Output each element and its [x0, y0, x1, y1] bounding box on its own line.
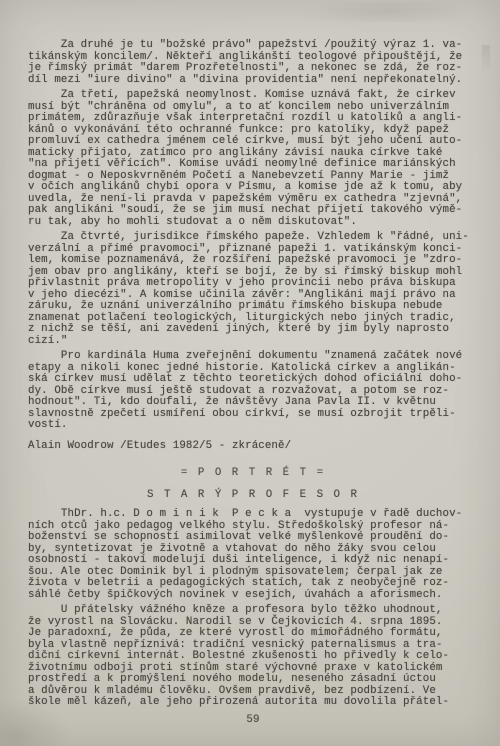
- text-column: Za druhé je tu "božské právo" papežství …: [28, 40, 478, 726]
- paragraph-cardinal-hume: Pro kardinála Huma zveřejnění dokumentu …: [28, 351, 478, 432]
- scan-smudge: [290, 2, 480, 22]
- scan-smudge: [482, 45, 490, 75]
- section-title: S T A R Ý P R O F E S O R: [28, 490, 478, 502]
- paragraph-divine-right: Za druhé je tu "božské právo" papežství …: [28, 40, 478, 86]
- scanned-page: Za druhé je tu "božské právo" papežství …: [0, 0, 500, 746]
- page-number: 59: [28, 715, 478, 727]
- paragraph-pecka-intro: ThDr. h.c. D o m i n i k P e c k a vystu…: [28, 509, 478, 601]
- paragraph-jurisdiction: Za čtvrté, jurisdikce římského papeže. V…: [28, 232, 478, 347]
- paragraph-infallibility: Za třetí, papežská neomylnost. Komise uz…: [28, 90, 478, 228]
- source-byline: Alain Woodrow /Etudes 1982/5 - zkráceně/: [28, 441, 478, 453]
- paragraph-pecka-youth: U přátelsky vážného kněze a profesora by…: [28, 605, 478, 709]
- section-kicker: = P O R T R É T =: [28, 468, 478, 480]
